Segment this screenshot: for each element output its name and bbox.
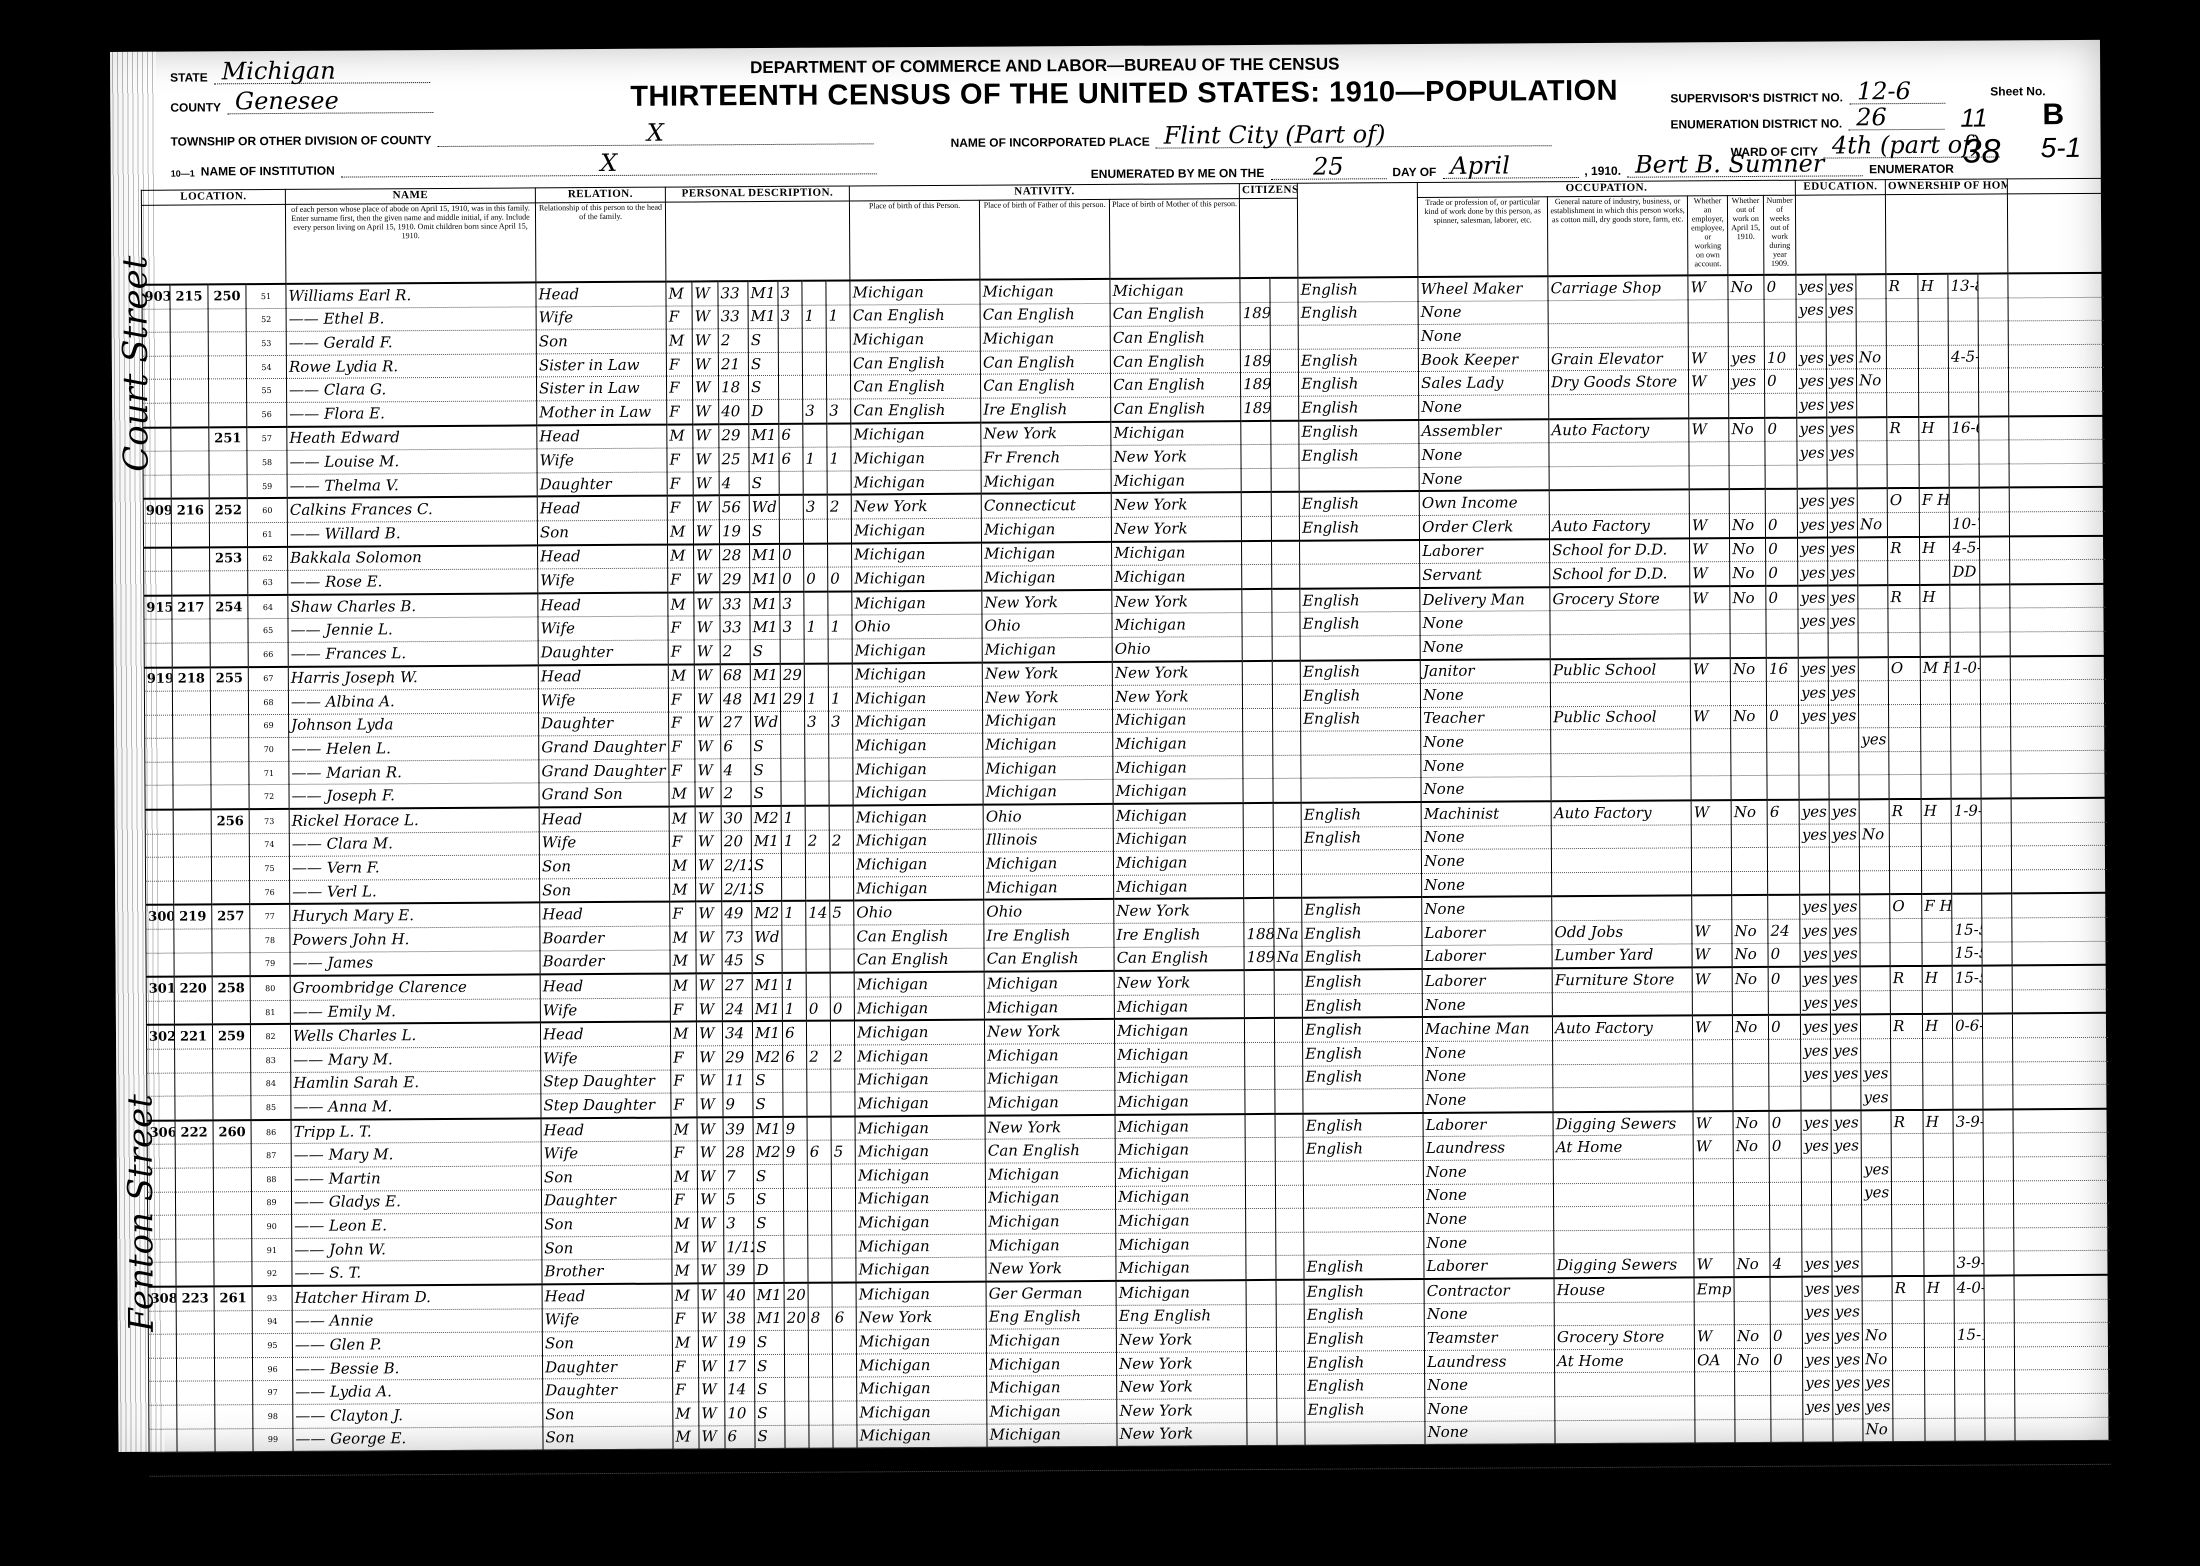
cell-emp: W xyxy=(1692,967,1732,991)
cell-codes: 15-5-9-8 xyxy=(1952,918,1982,942)
state-value: Michigan xyxy=(214,58,430,84)
empty-cell xyxy=(2012,846,2108,870)
cell-race: W xyxy=(694,568,720,592)
cell-race: W xyxy=(697,1165,723,1189)
cell-emp: W xyxy=(1689,370,1729,394)
cell-sex: F xyxy=(671,1046,697,1070)
cell-industry xyxy=(1553,1040,1693,1064)
cell-trade: None xyxy=(1418,300,1548,324)
empty-cell xyxy=(1982,894,2012,918)
cell-natur xyxy=(1276,1304,1304,1328)
empty-cell xyxy=(1985,1347,2015,1371)
cell-trade: Book Keeper xyxy=(1418,347,1548,371)
cell-line: 95 xyxy=(252,1334,292,1358)
cell-school xyxy=(1862,1300,1892,1324)
cell-name: Rickel Horace L. xyxy=(289,807,539,833)
cell-name: Shaw Charles B. xyxy=(288,593,538,619)
cell-industry: School for D.D. xyxy=(1550,562,1690,587)
cell-dwelling: 221 xyxy=(174,1025,212,1049)
cell-english xyxy=(1300,635,1420,660)
cell-relation: Son xyxy=(543,1449,673,1473)
cell-line: 89 xyxy=(251,1191,291,1215)
cell-immig xyxy=(1245,1018,1275,1042)
cell-name: —— Louise M. xyxy=(287,449,537,474)
cell-bpm: Michigan xyxy=(1112,541,1242,566)
cell-write: yes xyxy=(1833,1371,1863,1395)
empty-cell xyxy=(2009,415,2105,440)
cell-name: Hurych Mary E. xyxy=(290,903,540,929)
cell-immig xyxy=(1247,1398,1277,1422)
cell-school xyxy=(1860,942,1890,966)
cell-read xyxy=(1801,1086,1831,1110)
cell-trade: None xyxy=(1421,730,1551,754)
cell-codes: 3-9-X-7 xyxy=(1954,1251,1984,1275)
cell-codes xyxy=(1954,1228,1984,1252)
cell-sex: F xyxy=(672,1307,698,1331)
cell-codes xyxy=(1949,368,1979,392)
cell-bp: Michigan xyxy=(851,422,981,447)
cell-emp xyxy=(1690,682,1730,706)
cell-marital: S xyxy=(755,1425,785,1449)
cell-bpf: Michigan xyxy=(984,875,1114,900)
cell-farm xyxy=(1921,847,1951,871)
cell-immig xyxy=(1247,1445,1277,1469)
punch-hole xyxy=(2123,540,2147,564)
cell-owned xyxy=(1887,369,1919,393)
cell-farm xyxy=(1924,1323,1954,1347)
cell-bpm: New York xyxy=(1117,1398,1247,1422)
cell-relation: Head xyxy=(541,1117,671,1142)
cell-living xyxy=(829,781,853,805)
cell-english xyxy=(1305,1421,1425,1445)
cell-natur xyxy=(1271,492,1299,516)
cell-dwelling: 216 xyxy=(171,499,209,523)
cell-born xyxy=(805,782,829,806)
cell-english: English xyxy=(1300,588,1420,613)
cell-years-married xyxy=(783,1164,807,1188)
cell-owned xyxy=(1886,345,1918,369)
cell-dwelling xyxy=(173,809,211,833)
cell-oow: No xyxy=(1733,1111,1769,1135)
cell-school xyxy=(1859,799,1889,823)
cell-oow xyxy=(1734,1206,1770,1230)
empty-cell xyxy=(1983,1038,2013,1062)
cell-english: English xyxy=(1303,1041,1423,1065)
cell-weeks: 0 xyxy=(1766,585,1798,609)
day-of-label: day of xyxy=(1392,165,1436,179)
cell-bpf: Ohio xyxy=(982,614,1112,638)
cell-sex: F xyxy=(671,1093,697,1117)
cell-school: No xyxy=(1859,823,1889,847)
empty-cell xyxy=(1983,1085,2013,1109)
cell-english xyxy=(1303,1089,1423,1114)
cell-name: Wells Charles L. xyxy=(290,1023,540,1049)
cell-marital: M1 xyxy=(750,663,780,687)
birth-father-header: Place of birth of Father of this person. xyxy=(980,199,1110,279)
cell-emp: Emp xyxy=(1694,1277,1734,1301)
cell-bpm: Michigan xyxy=(1115,1138,1245,1162)
cell-trade: None xyxy=(1423,1041,1553,1065)
cell-relation: Head xyxy=(538,664,668,689)
cell-weeks: 0 xyxy=(1765,370,1797,394)
enumerated-month: April xyxy=(1442,153,1578,179)
cell-write: yes xyxy=(1828,657,1858,681)
cell-trade: None xyxy=(1423,1160,1553,1184)
cell-school: yes xyxy=(1862,1181,1892,1205)
cell-industry xyxy=(1554,1206,1694,1230)
cell-farm xyxy=(1923,1134,1953,1158)
cell-read: yes xyxy=(1798,609,1828,633)
cell-living xyxy=(831,1188,855,1212)
cell-read: yes xyxy=(1803,1395,1833,1419)
cell-race: W xyxy=(699,1402,725,1426)
cell-bp: Michigan xyxy=(853,805,983,830)
cell-immig xyxy=(1241,516,1271,540)
cell-read xyxy=(1798,633,1828,657)
cell-bp: Michigan xyxy=(852,590,982,615)
cell-write: yes xyxy=(1828,609,1858,633)
cell-marital: M1 xyxy=(748,305,778,329)
cell-emp xyxy=(1689,489,1729,513)
cell-years-married xyxy=(779,495,803,519)
cell-relation: Sister in Law xyxy=(537,376,667,400)
cell-family: 258 xyxy=(212,976,250,1000)
cell-emp xyxy=(1691,776,1731,800)
cell-bp: Michigan xyxy=(852,542,982,567)
cell-race: W xyxy=(694,592,720,616)
cell-line: 90 xyxy=(252,1215,292,1239)
cell-industry xyxy=(1552,872,1692,897)
empty-cell xyxy=(2015,1393,2111,1417)
cell-family: 260 xyxy=(213,1120,251,1144)
cell-sex: M xyxy=(672,1259,698,1283)
cell-immig xyxy=(1243,755,1273,779)
cell-marital: M2 xyxy=(753,1141,783,1165)
empty-cell xyxy=(1980,560,2010,584)
punch-hole xyxy=(2122,360,2146,384)
cell-years-married: 1 xyxy=(781,806,805,830)
cell-bpf: Michigan xyxy=(982,541,1112,566)
cell-bpm: Can English xyxy=(1114,946,1244,971)
cell-immig xyxy=(1246,1209,1276,1233)
cell-line: 55 xyxy=(247,379,287,403)
cell-weeks xyxy=(1769,1039,1801,1063)
cell-age: 3 xyxy=(724,1212,754,1236)
cell-marital: S xyxy=(754,1331,784,1355)
cell-line: 68 xyxy=(248,691,288,715)
cell-natur xyxy=(1273,827,1301,851)
cell-english xyxy=(1301,754,1421,778)
empty-cell xyxy=(1979,440,2009,464)
cell-weeks: 0 xyxy=(1765,417,1797,441)
cell-bpf: Fr French xyxy=(981,446,1111,470)
cell-weeks: 0 xyxy=(1765,513,1797,537)
cell-born xyxy=(807,1092,831,1116)
birth-mother-header: Place of birth of Mother of this person. xyxy=(1110,199,1240,279)
cell-bp: Michigan xyxy=(856,1210,986,1234)
header-language xyxy=(1297,183,1418,278)
cell-living: 2 xyxy=(827,495,851,519)
cell-name: —— Raymond S. xyxy=(293,1450,543,1475)
cell-bpf: Michigan xyxy=(982,637,1112,662)
cell-marital: S xyxy=(752,949,782,973)
cell-age: 49 xyxy=(722,902,752,926)
cell-relation: Son xyxy=(543,1402,673,1426)
cell-oow xyxy=(1729,393,1765,417)
cell-relation: Grand Daughter xyxy=(539,735,669,759)
cell-weeks xyxy=(1770,1205,1802,1229)
cell-race: W xyxy=(696,949,722,973)
cell-age: 68 xyxy=(720,664,750,688)
empty-cell xyxy=(1982,870,2012,894)
cell-name: —— Annie xyxy=(292,1308,542,1333)
cell-natur xyxy=(1274,970,1302,994)
punch-hole xyxy=(2124,730,2148,754)
empty-cell xyxy=(2012,965,2108,990)
cell-bpf: New York xyxy=(983,685,1113,709)
cell-relation: Daughter xyxy=(543,1378,673,1402)
cell-sex: M xyxy=(669,807,695,831)
cell-sex: F xyxy=(673,1378,699,1402)
cell-read: yes xyxy=(1801,1063,1831,1087)
cell-name: —— Gerald F. xyxy=(286,330,536,355)
cell-years-married xyxy=(783,1092,807,1116)
cell-bp: Michigan xyxy=(855,1115,985,1140)
cell-natur xyxy=(1270,302,1298,326)
cell-sex: M xyxy=(668,664,694,688)
cell-years-married xyxy=(781,735,805,759)
cell-write: yes xyxy=(1829,705,1859,729)
cell-immig xyxy=(1242,540,1272,564)
cell-emp xyxy=(1695,1372,1735,1396)
cell-english xyxy=(1300,564,1420,589)
cell-bp: Can English xyxy=(850,351,980,375)
cell-age: 28 xyxy=(723,1141,753,1165)
cell-emp: OA xyxy=(1695,1348,1735,1372)
cell-owned xyxy=(1890,990,1922,1014)
personal-desc xyxy=(665,201,850,282)
cell-years-married xyxy=(784,1354,808,1378)
cell-owned xyxy=(1887,512,1919,536)
township-value: X xyxy=(437,119,873,147)
census-rows: 90321525051Williams Earl R.HeadMW33M13Mi… xyxy=(142,273,2111,1476)
cell-owned xyxy=(1891,1086,1923,1110)
cell-oow: No xyxy=(1732,943,1768,967)
cell-write: yes xyxy=(1833,1348,1863,1372)
cell-immig xyxy=(1244,874,1274,898)
cell-natur xyxy=(1272,588,1300,612)
cell-bpm: Michigan xyxy=(1111,468,1241,493)
empty-cell xyxy=(1982,942,2012,966)
cell-street-no: 308 xyxy=(148,1287,176,1311)
cell-relation: Sister in Law xyxy=(536,353,666,377)
cell-immig xyxy=(1246,1304,1276,1328)
empty-cell xyxy=(2013,1133,2109,1157)
cell-farm xyxy=(1924,1300,1954,1324)
cell-weeks xyxy=(1767,824,1799,848)
cell-born xyxy=(806,877,830,901)
corner-stamp: 5-1 xyxy=(2041,132,2082,164)
cell-years-married: 1 xyxy=(782,973,806,997)
cell-relation: Son xyxy=(541,1165,671,1189)
cell-name: Calkins Frances C. xyxy=(287,497,537,523)
cell-english: English xyxy=(1304,1303,1424,1327)
empty-cell xyxy=(1985,1394,2015,1418)
cell-write xyxy=(1826,322,1856,346)
cell-school: yes xyxy=(1859,728,1889,752)
cell-natur xyxy=(1273,803,1301,827)
cell-name: —— Mary M. xyxy=(291,1142,541,1167)
cell-name: —— Gladys E. xyxy=(291,1189,541,1214)
group-citizenship: CITIZENSHIP. xyxy=(1239,183,1297,198)
cell-codes xyxy=(1951,704,1981,728)
cell-immig xyxy=(1242,636,1272,660)
cell-weeks xyxy=(1766,610,1798,634)
cell-street-no: 300 xyxy=(146,905,174,929)
cell-emp xyxy=(1689,442,1729,466)
cell-farm xyxy=(1924,1252,1954,1276)
cell-born xyxy=(808,1283,832,1307)
cell-bp: Michigan xyxy=(855,1068,985,1092)
cell-natur xyxy=(1275,1042,1303,1066)
cell-write: yes xyxy=(1827,441,1857,465)
cell-farm xyxy=(1920,560,1950,584)
cell-street-no xyxy=(143,403,171,427)
cell-living: 1 xyxy=(827,447,851,471)
cell-industry xyxy=(1553,1063,1693,1087)
supervisor-district-value: 12-6 xyxy=(1849,79,1945,105)
cell-age: 6 xyxy=(721,735,751,759)
cell-years-married: 29 xyxy=(780,663,804,687)
cell-owned xyxy=(1886,322,1918,346)
cell-school xyxy=(1858,537,1888,561)
cell-bpm: New York xyxy=(1114,970,1244,995)
cell-write xyxy=(1832,1181,1862,1205)
cell-born xyxy=(803,471,827,495)
cell-codes xyxy=(1951,727,1981,751)
cell-oow xyxy=(1731,776,1767,800)
cell-line: 56 xyxy=(247,402,287,426)
cell-industry xyxy=(1549,466,1689,491)
cell-farm xyxy=(1921,704,1951,728)
cell-family xyxy=(212,929,250,953)
cell-years-married: 9 xyxy=(783,1141,807,1165)
cell-codes xyxy=(1953,1085,1983,1109)
cell-owned: R xyxy=(1891,1014,1923,1038)
cell-name: Harris Joseph W. xyxy=(288,665,538,691)
cell-born xyxy=(808,1330,832,1354)
supervisor-district-field: Supervisor's District No. 12-6 xyxy=(1670,79,1945,106)
cell-family xyxy=(209,403,247,427)
cell-name: —— Albina A. xyxy=(288,689,538,714)
cell-born xyxy=(802,328,826,352)
cell-sex: M xyxy=(667,424,693,448)
cell-farm xyxy=(1924,1204,1954,1228)
cell-emp xyxy=(1692,896,1732,920)
cell-codes: 15-5-2-X xyxy=(1952,942,1982,966)
cell-relation: Head xyxy=(539,807,669,832)
cell-dwelling xyxy=(177,1381,215,1405)
cell-bp: New York xyxy=(851,494,981,519)
census-sheet: State Michigan County Genesee Township o… xyxy=(110,40,2109,1452)
cell-read xyxy=(1802,1229,1832,1253)
cell-line: 59 xyxy=(247,474,287,498)
empty-cell xyxy=(2012,869,2108,894)
empty-cell xyxy=(2009,368,2105,392)
cell-race: W xyxy=(693,472,719,496)
cell-read xyxy=(1803,1419,1833,1443)
cell-living xyxy=(828,543,852,567)
cell-weeks xyxy=(1770,1277,1802,1301)
cell-english: English xyxy=(1303,1017,1423,1042)
cell-emp xyxy=(1694,1301,1734,1325)
cell-marital: S xyxy=(754,1354,784,1378)
cell-oow xyxy=(1733,1039,1769,1063)
cell-oow xyxy=(1729,489,1765,513)
cell-age: 2/12 xyxy=(721,854,751,878)
cell-oow xyxy=(1734,1301,1770,1325)
cell-race: W xyxy=(696,998,722,1022)
cell-age: 27 xyxy=(722,973,752,997)
cell-born: 1 xyxy=(804,687,828,711)
cell-natur xyxy=(1277,1375,1305,1399)
cell-farm xyxy=(1925,1441,1955,1465)
cell-school xyxy=(1857,417,1887,441)
cell-relation: Daughter xyxy=(538,640,668,665)
county-value: Genesee xyxy=(227,88,433,114)
cell-relation: Son xyxy=(540,878,670,903)
cell-street-no xyxy=(145,738,173,762)
cell-age: 19 xyxy=(724,1331,754,1355)
cell-street-no xyxy=(147,1168,175,1192)
cell-owned: R xyxy=(1890,966,1922,990)
cell-line: 99 xyxy=(253,1428,293,1452)
cell-industry xyxy=(1552,848,1692,872)
cell-trade: None xyxy=(1423,1088,1553,1113)
cell-bpf: New York xyxy=(981,421,1111,446)
cell-school xyxy=(1857,393,1887,417)
cell-dwelling: 220 xyxy=(174,977,212,1001)
cell-school: yes xyxy=(1863,1395,1893,1419)
cell-relation: Head xyxy=(537,496,667,521)
cell-natur xyxy=(1275,1138,1303,1162)
cell-dwelling xyxy=(170,308,208,332)
cell-living: 1 xyxy=(826,305,850,329)
cell-relation: Head xyxy=(540,902,670,927)
cell-farm xyxy=(1922,942,1952,966)
cell-dwelling xyxy=(174,881,212,905)
cell-dwelling xyxy=(174,1001,212,1025)
cell-school: yes xyxy=(1861,1086,1891,1110)
cell-bp: Can English xyxy=(851,398,981,423)
cell-school xyxy=(1858,609,1888,633)
cell-english: English xyxy=(1299,420,1419,445)
cell-school xyxy=(1858,633,1888,657)
cell-emp: W xyxy=(1689,514,1729,538)
birth-person-header: Place of birth of this Person. xyxy=(850,200,980,280)
cell-write: yes xyxy=(1831,1110,1861,1134)
cell-family xyxy=(209,523,247,547)
cell-family xyxy=(208,355,246,379)
cell-read: yes xyxy=(1798,681,1828,705)
cell-read: yes xyxy=(1801,1015,1831,1039)
empty-cell xyxy=(2014,1251,2110,1276)
cell-owned xyxy=(1892,1181,1924,1205)
cell-bp: Michigan xyxy=(853,757,983,781)
cell-bpf: Michigan xyxy=(984,995,1114,1020)
cell-born xyxy=(806,949,830,973)
cell-living: 3 xyxy=(829,711,853,735)
